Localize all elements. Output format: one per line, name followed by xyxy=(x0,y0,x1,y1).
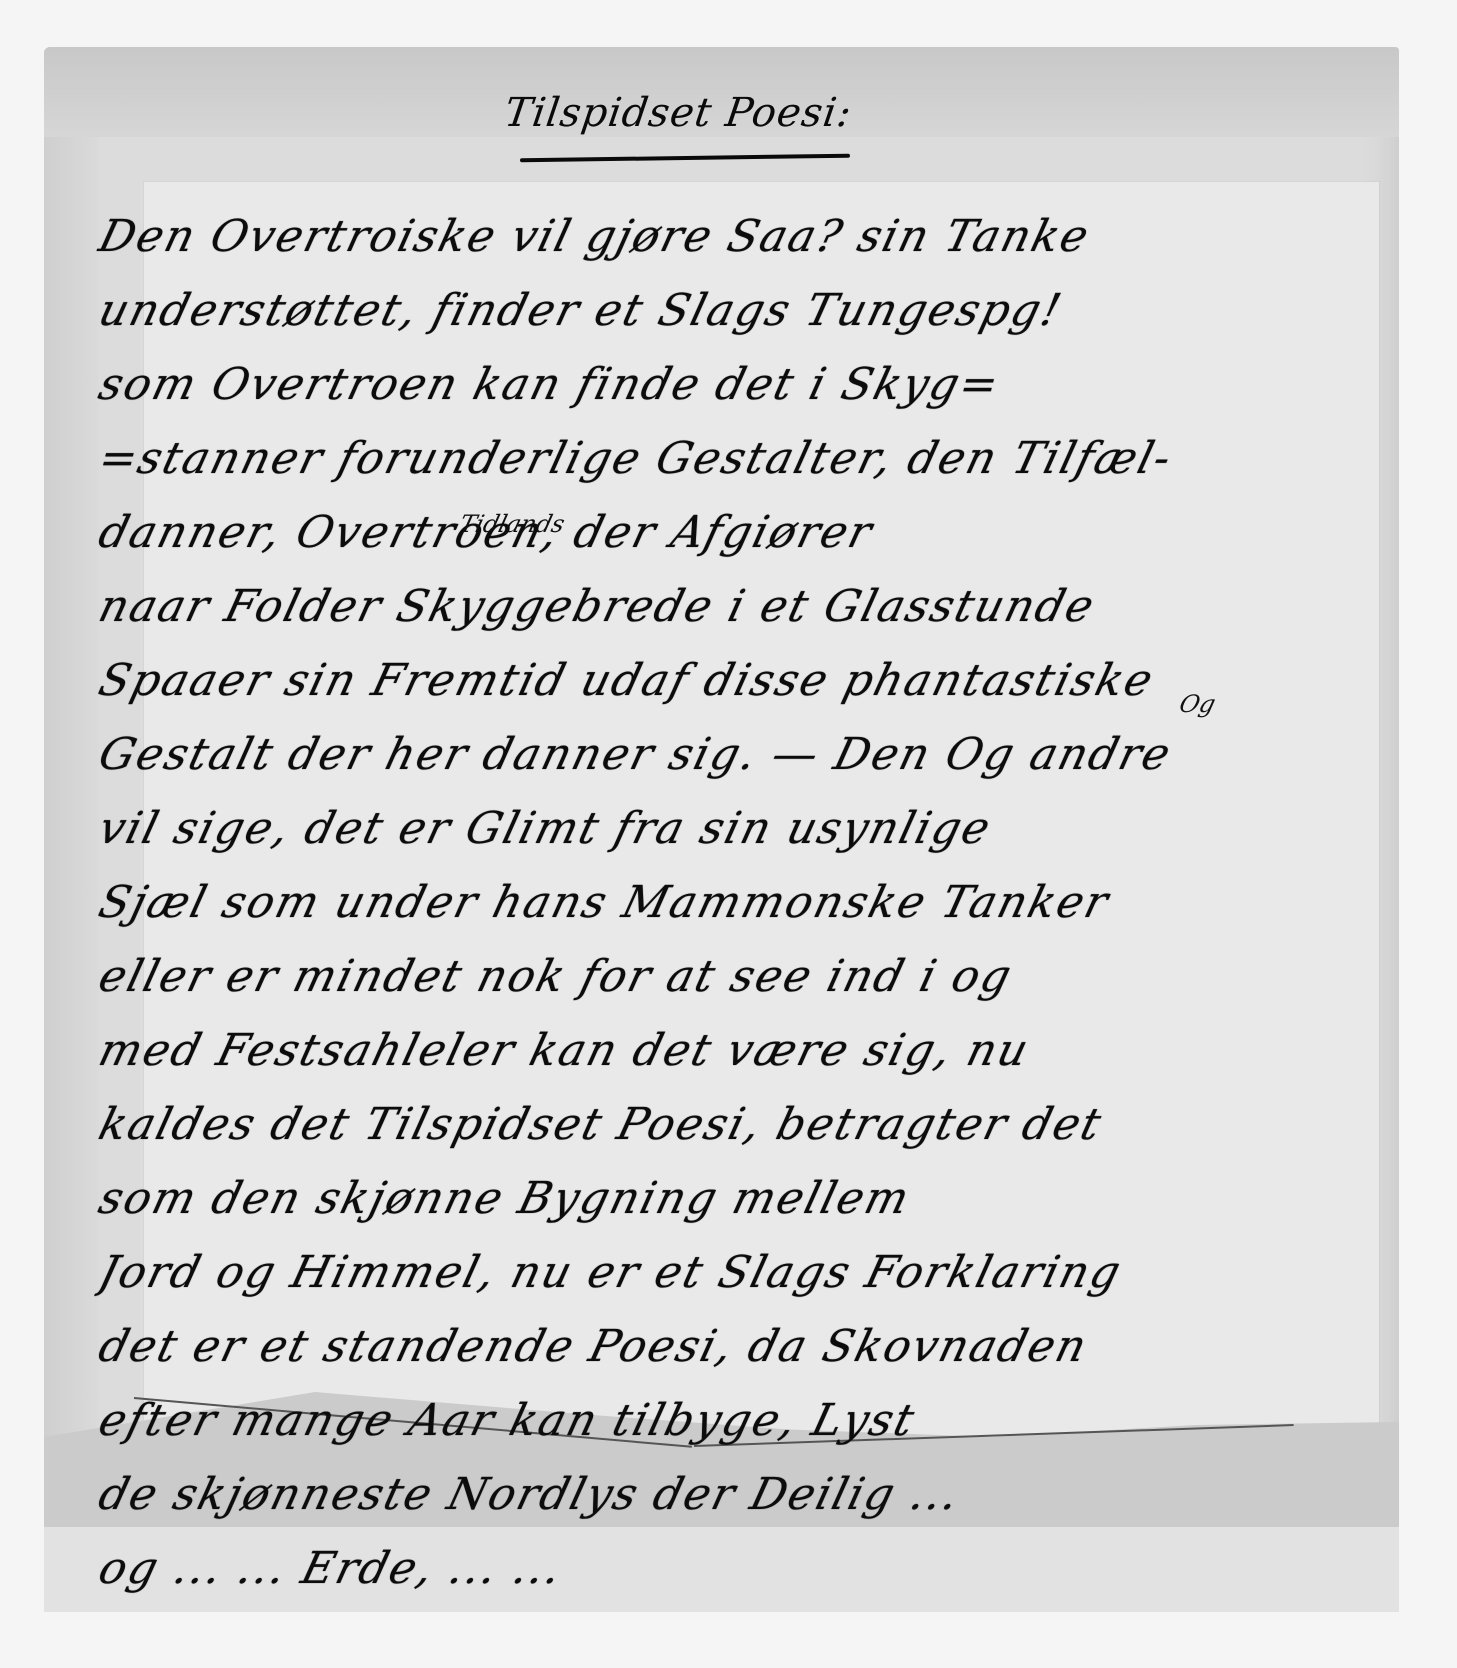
scanned-page: Tilspidset Poesi: Tidlands Og Den Overtr… xyxy=(0,0,1457,1668)
manuscript-line: Spaaer sin Fremtid udaf disse phantastis… xyxy=(91,644,1339,718)
manuscript-line: de skjønneste Nordlys der Deilig ... xyxy=(91,1458,1339,1532)
manuscript-line: kaldes det Tilspidset Poesi, betragter d… xyxy=(91,1088,1339,1162)
manuscript-line: det er et standende Poesi, da Skovnaden xyxy=(91,1310,1339,1384)
manuscript-line: med Festsahleler kan det være sig, nu xyxy=(91,1014,1339,1088)
manuscript-line: eller er mindet nok for at see ind i og xyxy=(91,940,1339,1014)
manuscript-line: danner, Overtroen, der Afgiører xyxy=(91,496,1339,570)
manuscript-line: Gestalt der her danner sig. — Den Og and… xyxy=(91,718,1339,792)
manuscript-line: som den skjønne Bygning mellem xyxy=(91,1162,1339,1236)
page-title: Tilspidset Poesi: xyxy=(502,90,855,136)
manuscript-line: understøttet, finder et Slags Tungespg! xyxy=(91,274,1339,348)
manuscript-line: Jord og Himmel, nu er et Slags Forklarin… xyxy=(91,1236,1339,1310)
manuscript-body: Den Overtroiske vil gjøre Saa? sin Tanke… xyxy=(100,200,1330,1606)
manuscript-line: efter mange Aar kan tilbyge, Lyst xyxy=(91,1384,1339,1458)
manuscript-line: Den Overtroiske vil gjøre Saa? sin Tanke xyxy=(91,200,1339,274)
manuscript-line: og ... ... Erde, ... ... xyxy=(91,1532,1339,1606)
manuscript-line: som Overtroen kan finde det i Skyg= xyxy=(91,348,1339,422)
manuscript-line: naar Folder Skyggebrede i et Glasstunde xyxy=(91,570,1339,644)
manuscript-line: =stanner forunderlige Gestalter, den Til… xyxy=(91,422,1339,496)
sheet-left-margin xyxy=(44,137,99,1437)
manuscript-line: vil sige, det er Glimt fra sin usynlige xyxy=(91,792,1339,866)
manuscript-line: Sjæl som under hans Mammonske Tanker xyxy=(91,866,1339,940)
